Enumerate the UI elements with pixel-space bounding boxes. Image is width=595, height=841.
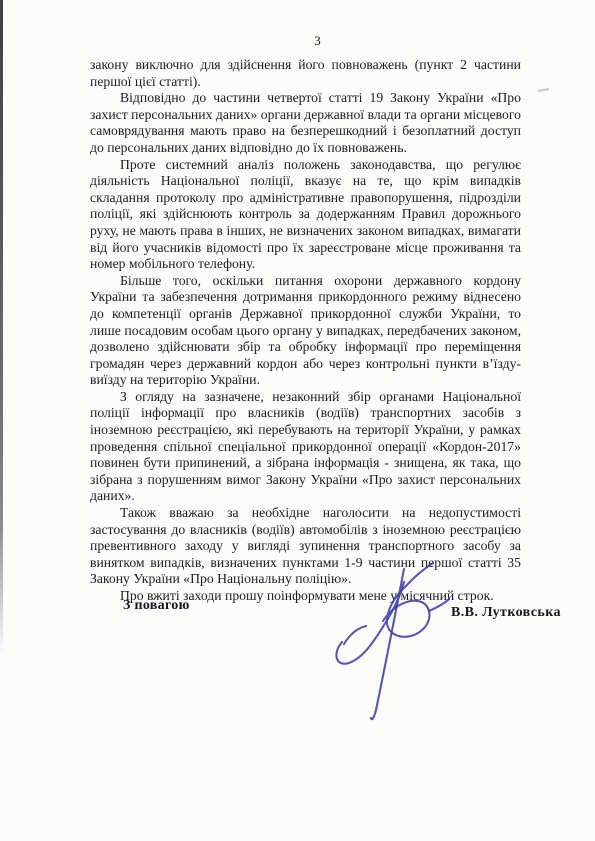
scan-edge-artifact	[0, 0, 3, 655]
page-number: 3	[0, 33, 595, 49]
letter-body: закону виключно для здійснення його повн…	[90, 57, 521, 605]
paragraph-4: Більше того, оскільки питання охорони де…	[90, 273, 521, 389]
paragraph-6: Також вважаю за необхідне наголосити на …	[90, 505, 521, 588]
paragraph-3: Проте системний аналіз положень законода…	[90, 157, 521, 273]
closing-salutation: З повагою	[123, 598, 190, 614]
signer-name: В.В. Лутковська	[451, 605, 561, 621]
paragraph-1: закону виключно для здійснення його повн…	[90, 57, 521, 90]
scan-smudge-artifact	[538, 88, 549, 92]
paragraph-2: Відповідно до частини четвертої статті 1…	[90, 90, 521, 156]
paragraph-5: З огляду на зазначене, незаконний збір о…	[90, 389, 521, 505]
handwritten-signature-icon	[328, 560, 453, 725]
